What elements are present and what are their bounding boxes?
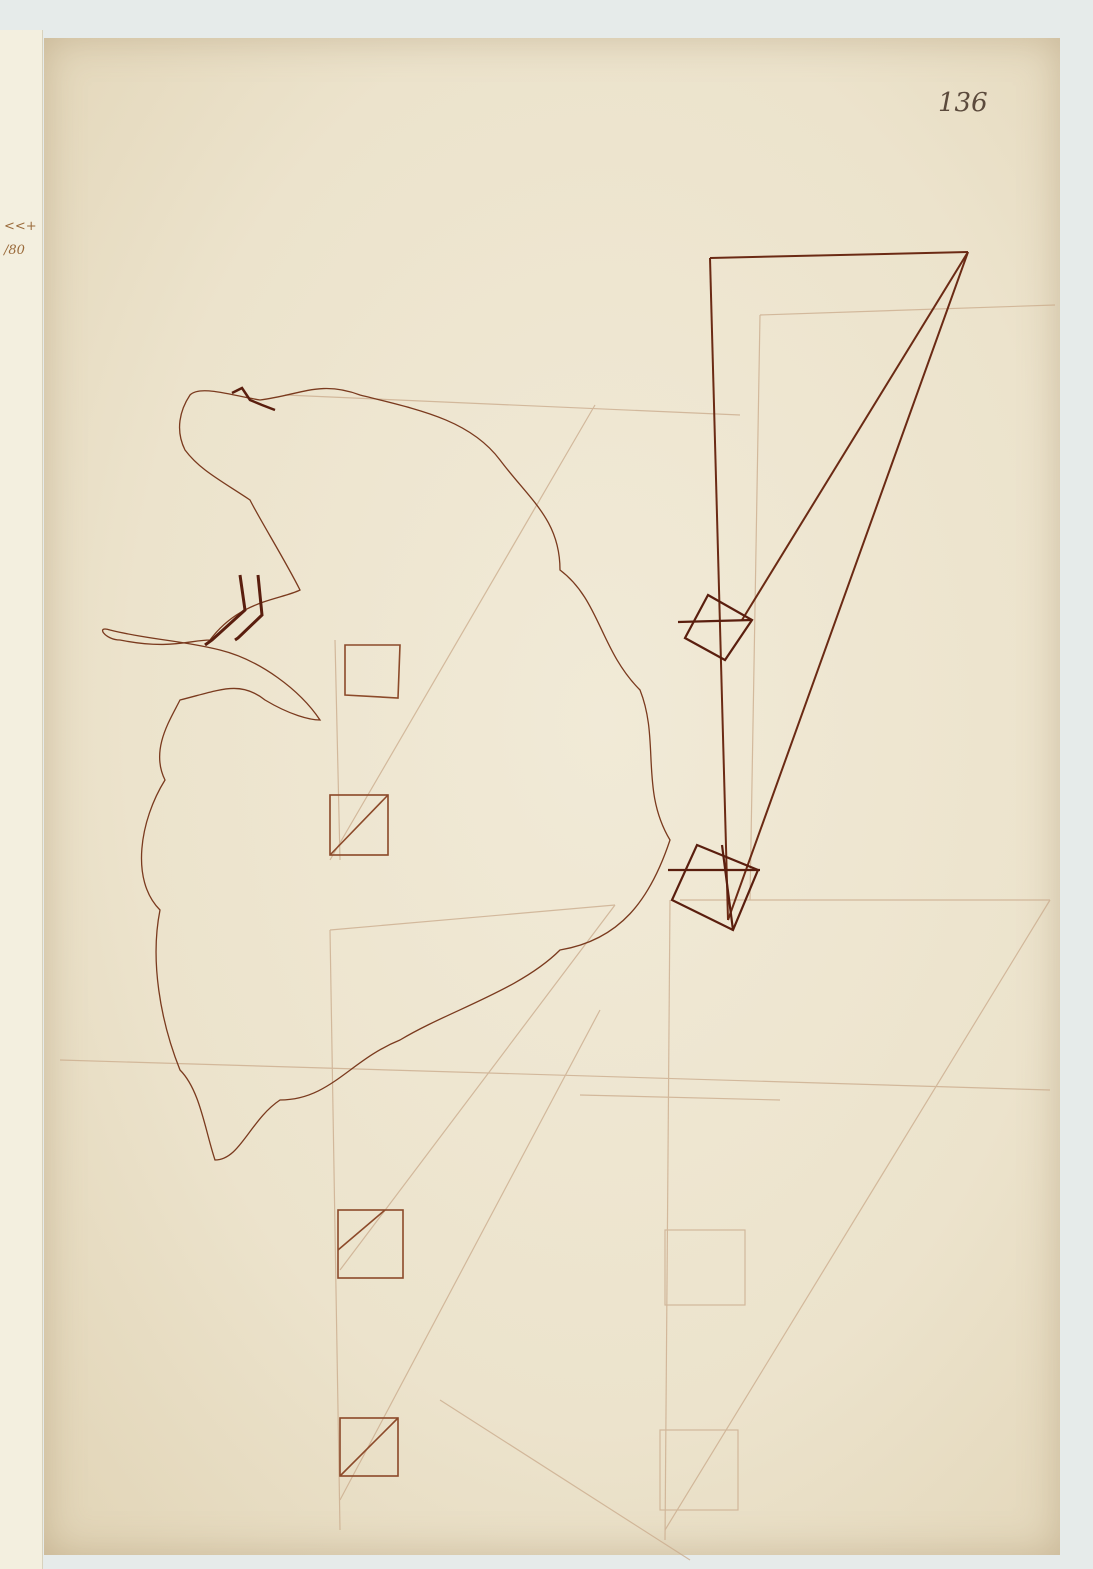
squares-with-diagonals bbox=[330, 645, 403, 1476]
faint-construction-lines bbox=[60, 305, 1055, 1560]
large-triangle bbox=[710, 252, 968, 920]
folio-number: 136 bbox=[938, 88, 988, 118]
sketch-layer bbox=[0, 0, 1093, 1569]
coastline-outline bbox=[103, 389, 670, 1160]
manuscript-scan: <<+ /80 bbox=[0, 0, 1093, 1569]
hypotenuse-squares bbox=[668, 595, 760, 930]
